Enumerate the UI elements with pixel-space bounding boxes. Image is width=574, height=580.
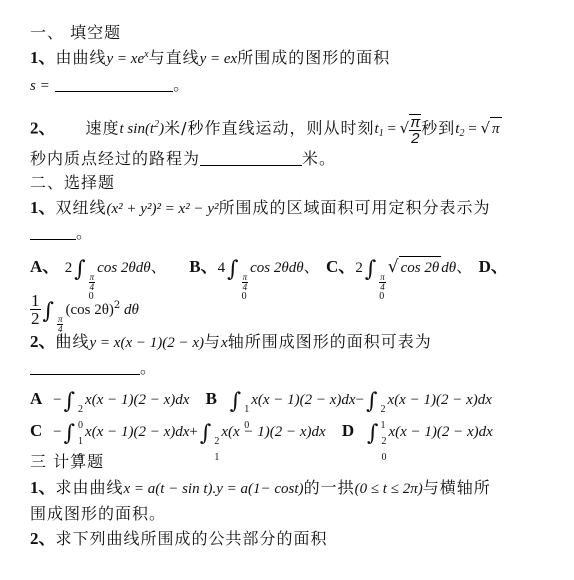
question-text: 由曲线 bbox=[56, 48, 107, 67]
s2-question-2: 2、曲线y = x(x − 1)(2 − x)与x轴所围成图形的面积可表为 bbox=[30, 331, 432, 354]
answer-blank[interactable] bbox=[30, 223, 76, 240]
option-a[interactable]: A、 2∫π40cos 2θdθ、 bbox=[30, 257, 168, 277]
x-var: x bbox=[221, 335, 228, 351]
answer-blank[interactable] bbox=[30, 358, 140, 375]
question-number: 1、 bbox=[30, 48, 56, 67]
s1-q2-answer: 秒内质点经过的路程为米。 bbox=[30, 148, 336, 170]
question-text: 所围成的图形的面积 bbox=[237, 48, 390, 67]
question-text: 曲线 bbox=[56, 332, 90, 351]
question-text: 求下列曲线所围成的公共部分的面积 bbox=[56, 529, 328, 548]
question-text: 的一拱 bbox=[304, 478, 355, 497]
option-d[interactable]: D ∫20x(x − 1)(2 − x)dx bbox=[342, 421, 493, 441]
question-text: 速度 bbox=[86, 118, 120, 137]
s1-question-2: 2、速度t sin(t2)米/秒作直线运动，则从时刻t1 = √π2秒到t2 =… bbox=[30, 114, 502, 146]
question-number: 2、 bbox=[30, 332, 56, 351]
question-number: 2、 bbox=[30, 118, 56, 137]
option-b[interactable]: B ∫10x(x − 1)(2 − x)dx−∫21x(x − 1)(2 − x… bbox=[206, 389, 492, 409]
t2-expr: t2 = √π bbox=[455, 121, 501, 137]
question-text: 秒内质点经过的路程为 bbox=[30, 149, 200, 168]
option-a[interactable]: A −∫20x(x − 1)(2 − x)dx bbox=[30, 389, 189, 409]
option-b[interactable]: B、4∫π40cos 2θdθ、 bbox=[189, 257, 320, 277]
range-expr: (0 ≤ t ≤ 2π) bbox=[355, 481, 423, 497]
question-number: 2、 bbox=[30, 529, 56, 548]
question-text: 围成图形的面积。 bbox=[30, 504, 166, 523]
answer-prefix: s = bbox=[30, 78, 50, 94]
section-2-title: 二、选择题 bbox=[30, 172, 115, 194]
s2-q2-answer: 。 bbox=[30, 357, 157, 379]
lemniscate-expr: (x² + y²)² = x² − y² bbox=[107, 201, 219, 217]
option-c[interactable]: C、2∫π40√cos 2θdθ、 bbox=[326, 257, 473, 277]
period: 。 bbox=[76, 223, 93, 242]
math-expr: y = xex bbox=[107, 51, 149, 67]
question-text: 秒到 bbox=[421, 118, 455, 137]
s2-question-1: 1、双纽线(x² + y²)² = x² − y²所围成的区域面积可用定积分表示… bbox=[30, 197, 491, 220]
question-text: 与直线 bbox=[149, 48, 200, 67]
question-text: 与 bbox=[204, 332, 221, 351]
s3-question-1: 1、求由曲线x = a(t − sin t).y = a(1− cost)的一拱… bbox=[30, 477, 491, 500]
question-text: 与横轴所 bbox=[423, 478, 491, 497]
answer-blank[interactable] bbox=[55, 75, 173, 92]
s1-q1-answer: s = 。 bbox=[30, 74, 190, 97]
period: 。 bbox=[173, 75, 190, 94]
s3-question-2: 2、求下列曲线所围成的公共部分的面积 bbox=[30, 528, 328, 550]
section-3-title: 三 计算题 bbox=[30, 451, 104, 473]
math-expr: y = ex bbox=[200, 51, 238, 67]
s2-q1-answer: 。 bbox=[30, 222, 93, 244]
t1-expr: t1 = √π2 bbox=[375, 121, 422, 137]
s3-q1-cont: 围成图形的面积。 bbox=[30, 503, 166, 525]
option-d[interactable]: 12∫π40(cos 2θ)2 dθ bbox=[30, 299, 139, 319]
question-text: 轴所围成图形的面积可表为 bbox=[228, 332, 432, 351]
question-text: 米/秒作直线运动，则从时刻 bbox=[164, 118, 374, 137]
curve-expr: y = x(x − 1)(2 − x) bbox=[90, 335, 204, 351]
section-1-title: 一、 填空题 bbox=[30, 22, 121, 44]
question-number: 1、 bbox=[30, 478, 56, 497]
velocity-expr: t sin(t2) bbox=[120, 121, 165, 137]
question-text: 求由曲线 bbox=[56, 478, 124, 497]
answer-blank[interactable] bbox=[200, 149, 302, 166]
option-c[interactable]: C −∫10x(x − 1)(2 − x)dx+∫21x(x − 1)(2 − … bbox=[30, 421, 326, 441]
cycloid-expr: x = a(t − sin t).y = a(1− cost) bbox=[124, 481, 304, 497]
question-text: 所围成的区域面积可用定积分表示为 bbox=[219, 198, 491, 217]
s1-question-1: 1、由曲线y = xex与直线y = ex所围成的图形的面积 bbox=[30, 47, 390, 70]
period: 。 bbox=[140, 358, 157, 377]
question-text: 米。 bbox=[302, 149, 336, 168]
question-text: 双纽线 bbox=[56, 198, 107, 217]
question-number: 1、 bbox=[30, 198, 56, 217]
option-d-label[interactable]: D、 bbox=[479, 257, 508, 276]
